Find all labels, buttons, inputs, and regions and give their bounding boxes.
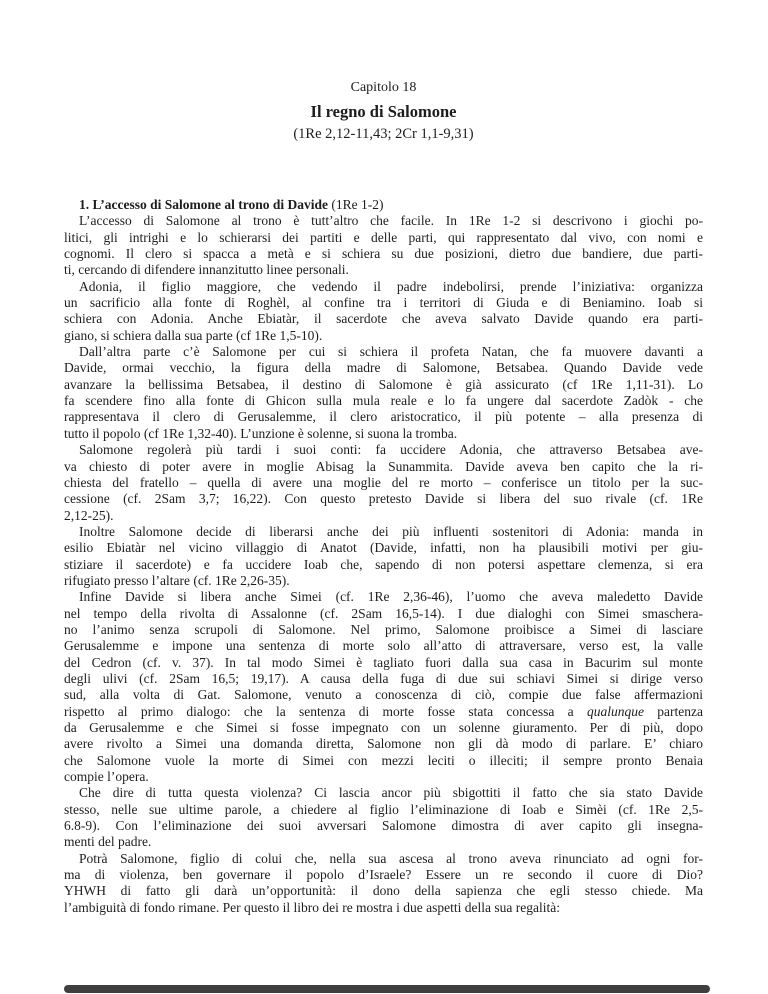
text-line: degli ulivi (cf. 2Sam 16,5; 19,17). A ca… bbox=[64, 671, 703, 687]
text-line: ma di violenza, ben governare il popolo … bbox=[64, 867, 703, 883]
text-line: 6.8-9). Con l’eliminazione dei suoi avve… bbox=[64, 818, 703, 834]
page-title: Il regno di Salomone bbox=[64, 103, 703, 121]
text-line: avanzare la bellissima Betsabea, il dest… bbox=[64, 377, 703, 393]
text-line: Che dire di tutta questa violenza? Ci la… bbox=[64, 785, 703, 801]
text-line: YHWH di fatto gli darà un’opportunità: i… bbox=[64, 883, 703, 899]
text-line: avere rivolto a Simei una domanda dirett… bbox=[64, 736, 703, 752]
text-line: schiera con Adonia. Anche Ebiatàr, il sa… bbox=[64, 311, 703, 327]
text-line: Dall’altra parte c’è Salomone per cui si… bbox=[64, 344, 703, 360]
scripture-reference: (1Re 2,12-11,43; 2Cr 1,1-9,31) bbox=[64, 127, 703, 142]
text-line: Infine Davide si libera anche Simei (cf.… bbox=[64, 589, 703, 605]
next-block-top-edge-bar bbox=[64, 985, 710, 993]
chapter-label: Capitolo 18 bbox=[64, 80, 703, 95]
text-line: Inoltre Salomone decide di liberarsi anc… bbox=[64, 524, 703, 540]
text-line: cognomi. Il clero si spacca a metà e si … bbox=[64, 246, 703, 262]
section-heading-bold: 1. L’accesso di Salomone al trono di Dav… bbox=[79, 197, 328, 212]
text-line: stiziare il sacerdote) e fa uccidere Ioa… bbox=[64, 557, 703, 573]
text-line: chiesta del fratello – quella di avere u… bbox=[64, 475, 703, 491]
text-line: rispetto al primo dialogo: che la senten… bbox=[64, 704, 703, 720]
text-line: compie l’opera. bbox=[64, 769, 703, 785]
text-line: da Gerusalemme e che Simei si fosse impe… bbox=[64, 720, 703, 736]
text-line: sud, alla volta di Gat. Salomone, venuto… bbox=[64, 687, 703, 703]
text-line: Gerusalemme e impone una sentenza di mor… bbox=[64, 638, 703, 654]
text-line: un sacrificio alla fonte di Roghèl, al c… bbox=[64, 295, 703, 311]
text-line: tutto il popolo (cf 1Re 1,32-40). L’unzi… bbox=[64, 426, 703, 442]
text-line: L’accesso di Salomone al trono è tutt’al… bbox=[64, 213, 703, 229]
document-page: Capitolo 18 Il regno di Salomone (1Re 2,… bbox=[0, 0, 768, 994]
text-line: esilio Ebiatàr nel vicino villaggio di A… bbox=[64, 540, 703, 556]
document-body: 1. L’accesso di Salomone al trono di Dav… bbox=[64, 197, 703, 916]
text-line: Potrà Salomone, figlio di colui che, nel… bbox=[64, 851, 703, 867]
text-line: va chiesto di poter avere in moglie Abis… bbox=[64, 459, 703, 475]
document-header: Capitolo 18 Il regno di Salomone (1Re 2,… bbox=[64, 80, 703, 142]
paragraphs-container: L’accesso di Salomone al trono è tutt’al… bbox=[64, 213, 703, 916]
text-line: no l’animo senza scrupoli di Salomone. N… bbox=[64, 622, 703, 638]
text-line: rifugiato presso l’altare (cf. 1Re 2,26-… bbox=[64, 573, 703, 589]
text-line: Adonia, il figlio maggiore, che vedendo … bbox=[64, 279, 703, 295]
text-line: menti del padre. bbox=[64, 834, 703, 850]
text-line: giano, si schiera dalla sua parte (cf 1R… bbox=[64, 328, 703, 344]
text-line: Salomone regolerà più tardi i suoi conti… bbox=[64, 442, 703, 458]
text-line: fa scendere fino alla fonte di Ghicon su… bbox=[64, 393, 703, 409]
text-line: del Cedron (cf. v. 37). In tal modo Sime… bbox=[64, 655, 703, 671]
text-line: stesso, nelle sue ultime parole, a chied… bbox=[64, 802, 703, 818]
section-heading-reference: (1Re 1-2) bbox=[328, 197, 383, 212]
text-line: nel tempo della rivolta di Assalonne (cf… bbox=[64, 606, 703, 622]
text-line: l’ambiguità di fondo rimane. Per questo … bbox=[64, 900, 703, 916]
text-line: che Salomone vuole la morte di Simei con… bbox=[64, 753, 703, 769]
text-line: 2,12-25). bbox=[64, 508, 703, 524]
text-line: ti, cercando di difendere innanzitutto l… bbox=[64, 262, 703, 278]
text-line: cessione (cf. 2Sam 3,7; 16,22). Con ques… bbox=[64, 491, 703, 507]
text-line: rappresentava il clero di Gerusalemme, i… bbox=[64, 409, 703, 425]
text-line: Davide, ormai vecchio, la figura della m… bbox=[64, 360, 703, 376]
text-line: litici, gli intrighi e lo schierarsi dei… bbox=[64, 230, 703, 246]
section-heading: 1. L’accesso di Salomone al trono di Dav… bbox=[64, 197, 703, 213]
